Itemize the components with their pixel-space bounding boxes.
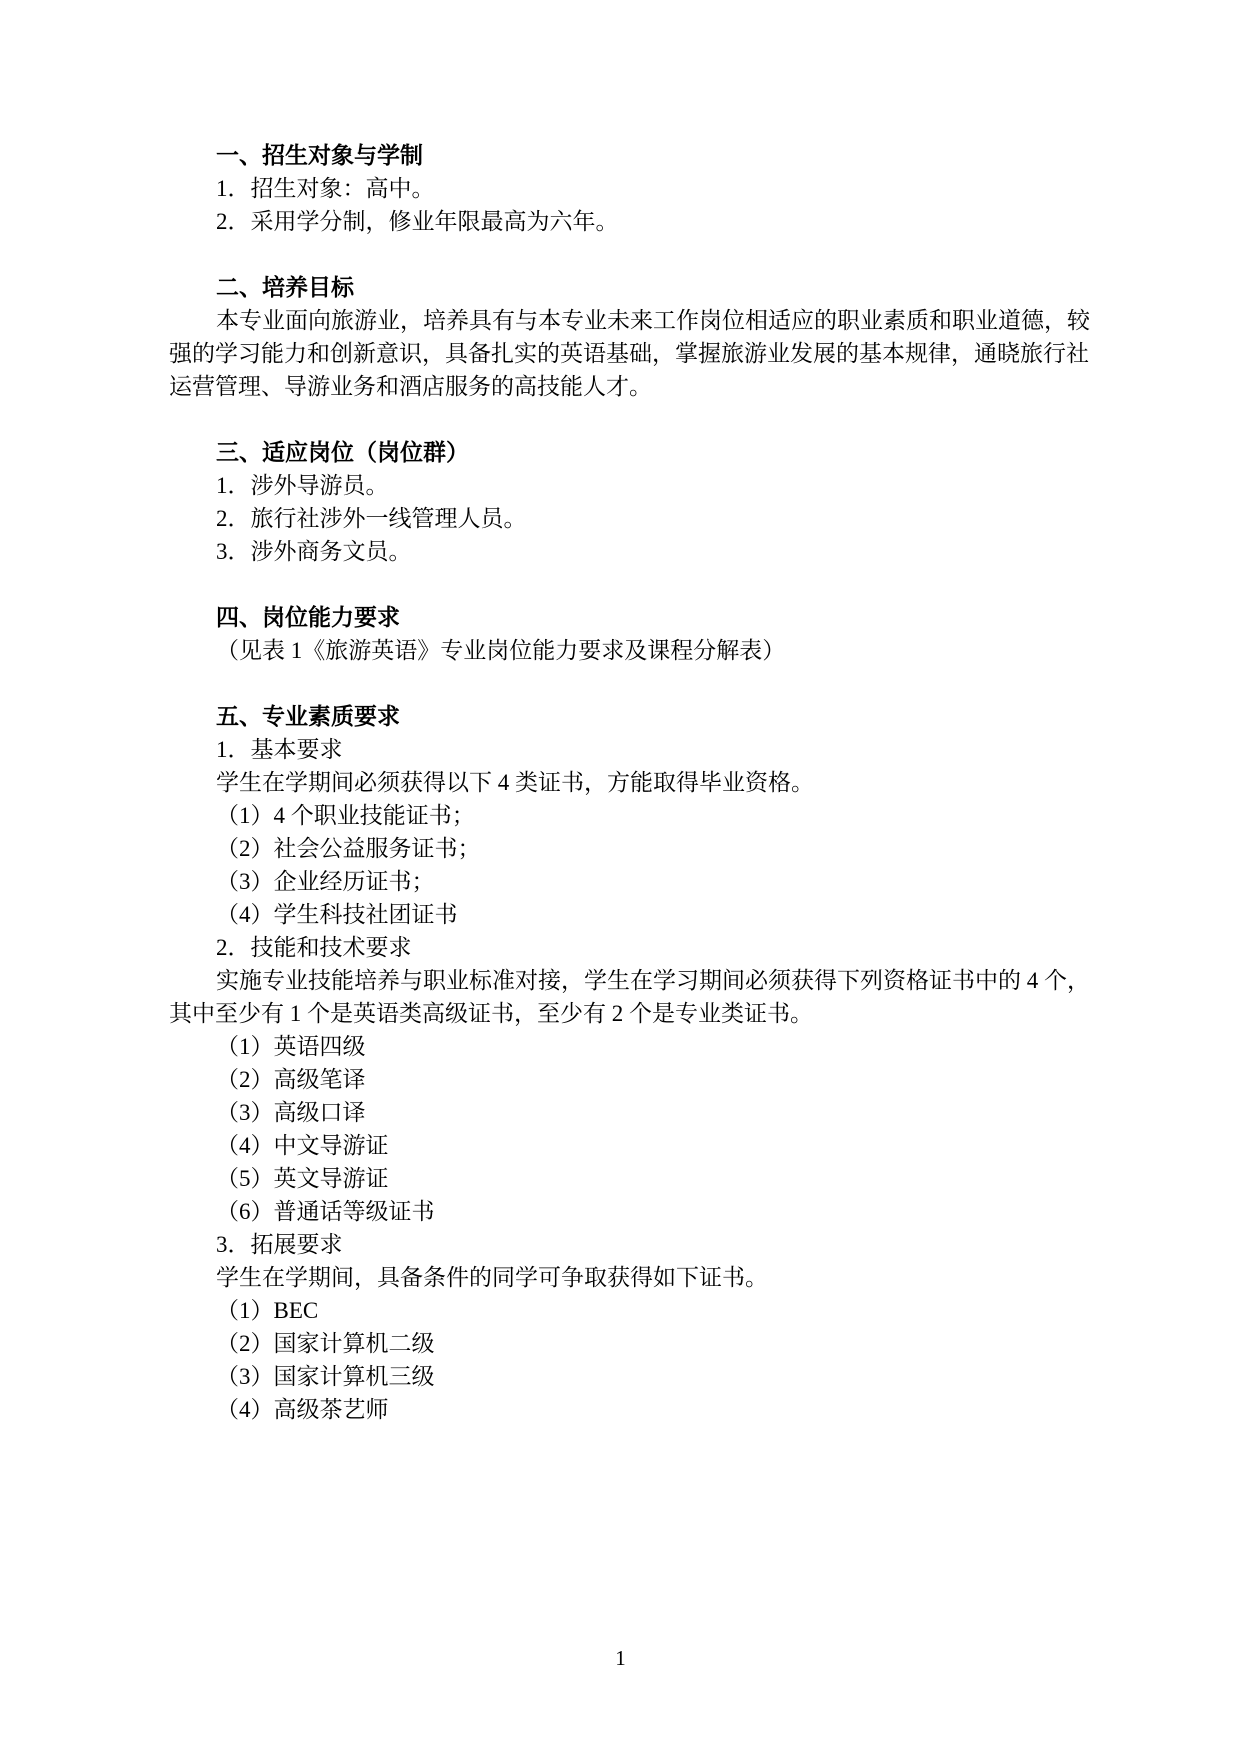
text-line: 强的学习能力和创新意识，具备扎实的英语基础，掌握旅游业发展的基本规律，通晓旅行社 <box>169 337 1089 370</box>
text-line: （1）BEC <box>169 1294 1089 1327</box>
text-line: （3）国家计算机三级 <box>169 1360 1089 1393</box>
page-number: 1 <box>615 1646 626 1670</box>
text-line: （4）高级茶艺师 <box>169 1393 1089 1426</box>
text-line: 3．拓展要求 <box>169 1228 1089 1261</box>
text-line: 其中至少有 1 个是英语类高级证书，至少有 2 个是专业类证书。 <box>169 997 1089 1030</box>
text-line: 2．采用学分制，修业年限最高为六年。 <box>169 205 1089 238</box>
text-line: 1．招生对象：高中。 <box>169 172 1089 205</box>
text-line: （2）社会公益服务证书； <box>169 832 1089 865</box>
text-line: 学生在学期间，具备条件的同学可争取获得如下证书。 <box>169 1261 1089 1294</box>
doc-section: 三、适应岗位（岗位群）1．涉外导游员。2．旅行社涉外一线管理人员。3．涉外商务文… <box>169 436 1089 568</box>
text-line: 本专业面向旅游业，培养具有与本专业未来工作岗位相适应的职业素质和职业道德，较 <box>169 304 1089 337</box>
text-line: （4）学生科技社团证书 <box>169 898 1089 931</box>
section-heading: 二、培养目标 <box>169 271 1089 304</box>
text-line: 3．涉外商务文员。 <box>169 535 1089 568</box>
text-line: （3）高级口译 <box>169 1096 1089 1129</box>
section-heading: 三、适应岗位（岗位群） <box>169 436 1089 469</box>
text-line: （3）企业经历证书； <box>169 865 1089 898</box>
text-line: 2．旅行社涉外一线管理人员。 <box>169 502 1089 535</box>
text-line: （1）英语四级 <box>169 1030 1089 1063</box>
text-line: （2）高级笔译 <box>169 1063 1089 1096</box>
text-line: 学生在学期间必须获得以下 4 类证书，方能取得毕业资格。 <box>169 766 1089 799</box>
page-footer: 1 <box>0 1645 1241 1671</box>
text-line: 2．技能和技术要求 <box>169 931 1089 964</box>
section-heading: 五、专业素质要求 <box>169 700 1089 733</box>
text-line: （6）普通话等级证书 <box>169 1195 1089 1228</box>
text-line: （5）英文导游证 <box>169 1162 1089 1195</box>
text-line: 实施专业技能培养与职业标准对接，学生在学习期间必须获得下列资格证书中的 4 个， <box>169 964 1089 997</box>
text-line: 1．涉外导游员。 <box>169 469 1089 502</box>
text-line: （见表 1《旅游英语》专业岗位能力要求及课程分解表） <box>169 634 1089 667</box>
doc-section: 五、专业素质要求1．基本要求学生在学期间必须获得以下 4 类证书，方能取得毕业资… <box>169 700 1089 1426</box>
section-heading: 四、岗位能力要求 <box>169 601 1089 634</box>
text-line: 1．基本要求 <box>169 733 1089 766</box>
document-content: 一、招生对象与学制1．招生对象：高中。2．采用学分制，修业年限最高为六年。二、培… <box>169 139 1089 1426</box>
doc-section: 四、岗位能力要求（见表 1《旅游英语》专业岗位能力要求及课程分解表） <box>169 601 1089 667</box>
text-line: （1）4 个职业技能证书； <box>169 799 1089 832</box>
text-line: 运营管理、导游业务和酒店服务的高技能人才。 <box>169 370 1089 403</box>
text-line: （2）国家计算机二级 <box>169 1327 1089 1360</box>
doc-section: 二、培养目标本专业面向旅游业，培养具有与本专业未来工作岗位相适应的职业素质和职业… <box>169 271 1089 403</box>
section-heading: 一、招生对象与学制 <box>169 139 1089 172</box>
doc-section: 一、招生对象与学制1．招生对象：高中。2．采用学分制，修业年限最高为六年。 <box>169 139 1089 238</box>
text-line: （4）中文导游证 <box>169 1129 1089 1162</box>
document-page: 一、招生对象与学制1．招生对象：高中。2．采用学分制，修业年限最高为六年。二、培… <box>0 0 1241 1754</box>
